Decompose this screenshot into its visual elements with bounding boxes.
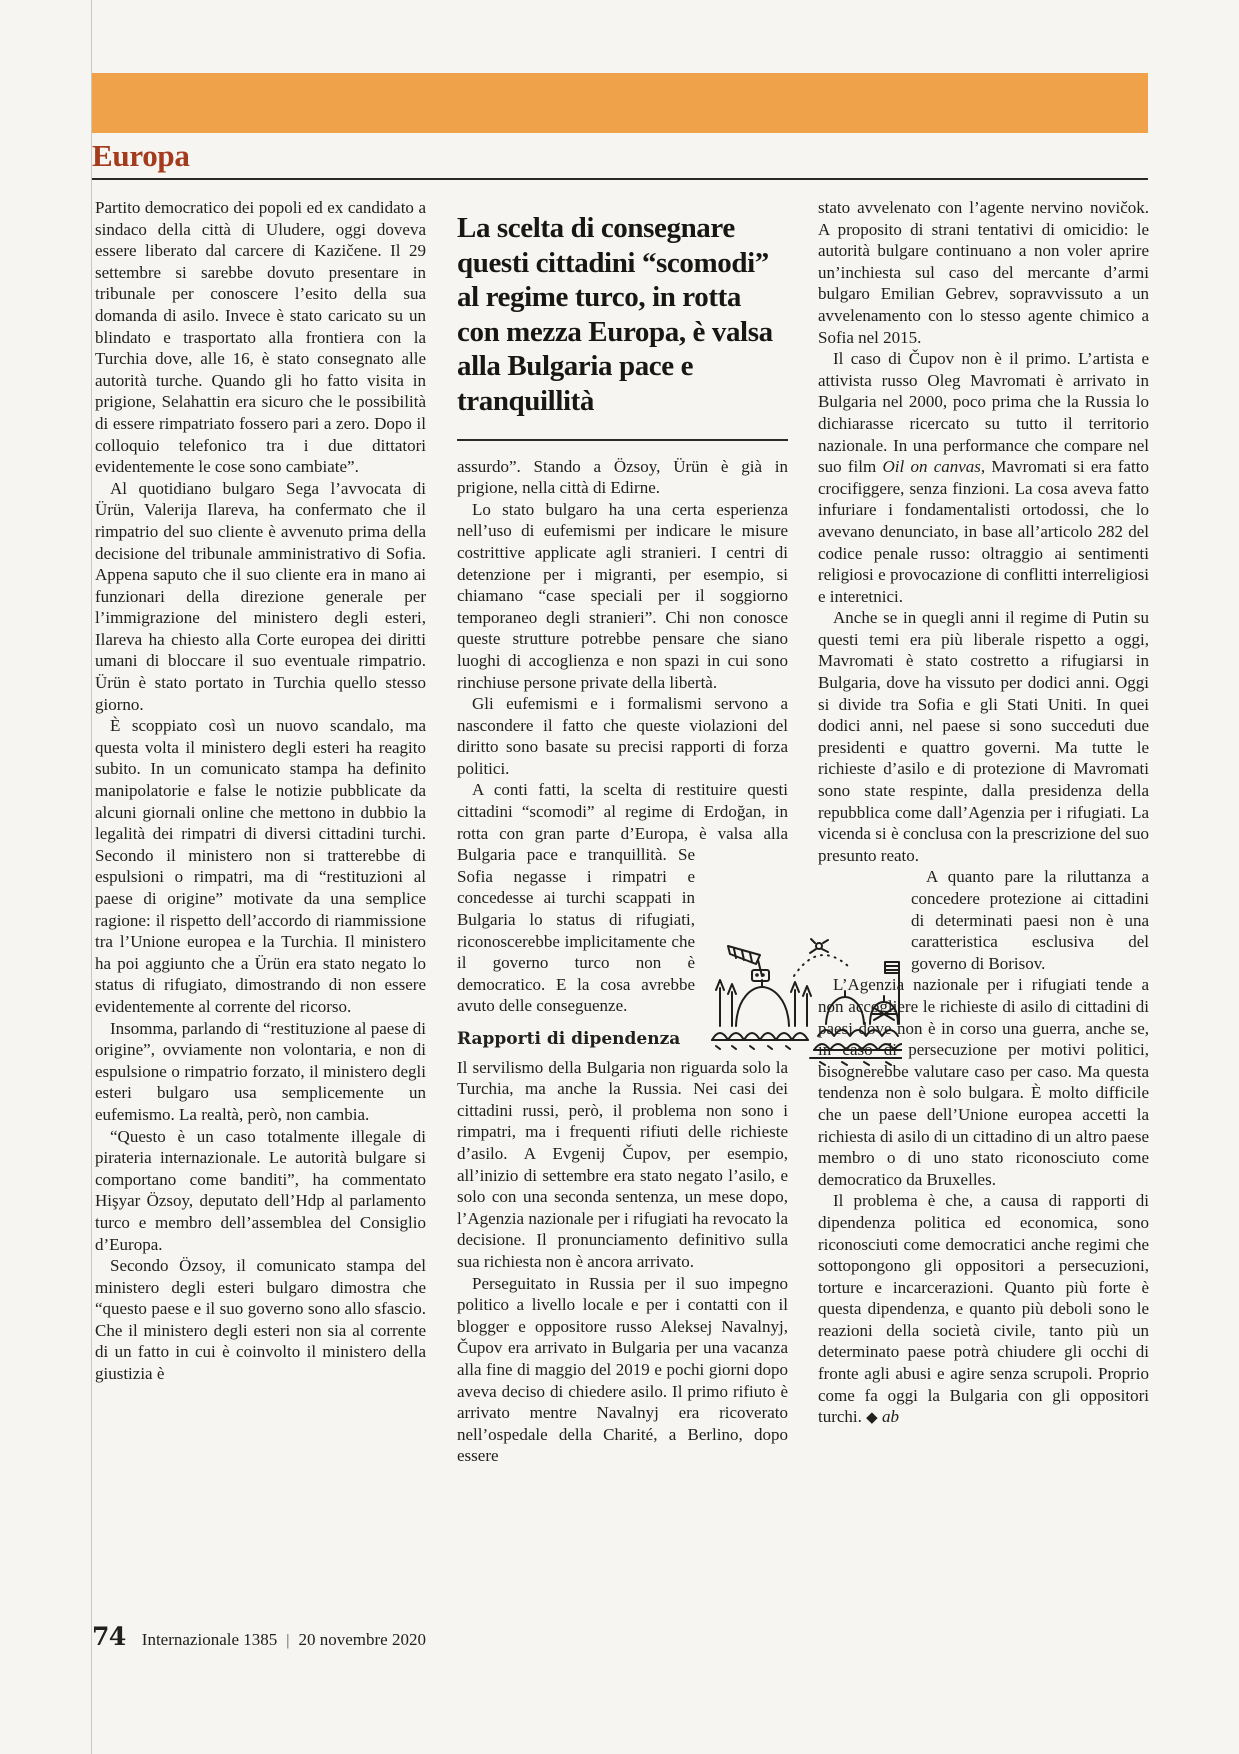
page-number: 74 xyxy=(92,1622,126,1651)
paragraph-segment: A quanto pare la riluttanza a concedere … xyxy=(911,867,1149,972)
body-paragraph: L’Agenzia nazionale per i rifugiati tend… xyxy=(818,974,1149,1190)
page-footer: 74 Internazionale 1385 | 20 novembre 202… xyxy=(92,1622,426,1651)
column-1: Partito democratico dei popoli ed ex can… xyxy=(95,197,426,1385)
page-edge-line xyxy=(91,0,92,1754)
body-paragraph: Partito democratico dei popoli ed ex can… xyxy=(95,197,426,478)
magazine-issue: Internazionale 1385 xyxy=(142,1630,277,1650)
body-paragraph: assurdo”. Stando a Özsoy, Ürün è già in … xyxy=(457,456,788,499)
body-paragraph: stato avvelenato con l’agente nervino no… xyxy=(818,197,1149,348)
body-paragraph: Gli eufemismi e i formalismi servono a n… xyxy=(457,693,788,779)
issue-date: 20 novembre 2020 xyxy=(298,1630,425,1650)
section-color-bar xyxy=(92,73,1148,133)
paragraph-segment: , Mavromati si era fatto crocifiggere, s… xyxy=(818,457,1149,606)
footer-separator: | xyxy=(286,1632,289,1650)
body-paragraph: Al quotidiano bulgaro Sega l’avvocata di… xyxy=(95,478,426,716)
author-initials: ab xyxy=(882,1407,899,1426)
body-paragraph-with-wrap: A conti fatti, la scelta di restituire q… xyxy=(457,779,788,1017)
section-title: Europa xyxy=(92,138,190,174)
body-paragraph: Lo stato bulgaro ha una certa esperienza… xyxy=(457,499,788,693)
header-rule xyxy=(92,178,1148,180)
body-paragraph: È scoppiato così un nuovo scandalo, ma q… xyxy=(95,715,426,1017)
column-2: La scelta di consegnare questi cittadini… xyxy=(457,197,788,1467)
paragraph-segment: Il problema è che, a causa di rapporti d… xyxy=(818,1191,1149,1426)
illustration-wrap-spacer xyxy=(818,866,902,966)
body-paragraph: Secondo Özsoy, il comunicato stampa del … xyxy=(95,1255,426,1385)
body-paragraph: Anche se in quegli anni il regime di Put… xyxy=(818,607,1149,866)
pull-quote-rule xyxy=(457,439,788,441)
paragraph-segment: Sofia negasse i rimpatri e concedesse ai… xyxy=(457,867,695,1016)
end-diamond-icon: ◆ xyxy=(866,1408,878,1426)
illustration-wrap-spacer xyxy=(704,844,788,976)
film-title-italic: Oil on canvas xyxy=(882,457,980,476)
subheading: Rapporti di dipendenza xyxy=(457,1029,788,1051)
body-paragraph: “Questo è un caso totalmente illegale di… xyxy=(95,1126,426,1256)
body-paragraph: Perseguitato in Russia per il suo impegn… xyxy=(457,1273,788,1467)
magazine-page: Europa Partito democratico dei popoli ed… xyxy=(0,0,1239,1754)
body-paragraph: Il caso di Čupov non è il primo. L’artis… xyxy=(818,348,1149,607)
body-paragraph-with-wrap: A quanto pare la riluttanza a concedere … xyxy=(818,866,1149,974)
body-paragraph: Il servilismo della Bulgaria non riguard… xyxy=(457,1057,788,1273)
body-paragraph: Insomma, parlando di “restituzione al pa… xyxy=(95,1018,426,1126)
body-paragraph: Il problema è che, a causa di rapporti d… xyxy=(818,1190,1149,1429)
column-3: stato avvelenato con l’agente nervino no… xyxy=(818,197,1149,1429)
pull-quote: La scelta di consegnare questi cittadini… xyxy=(457,197,788,439)
